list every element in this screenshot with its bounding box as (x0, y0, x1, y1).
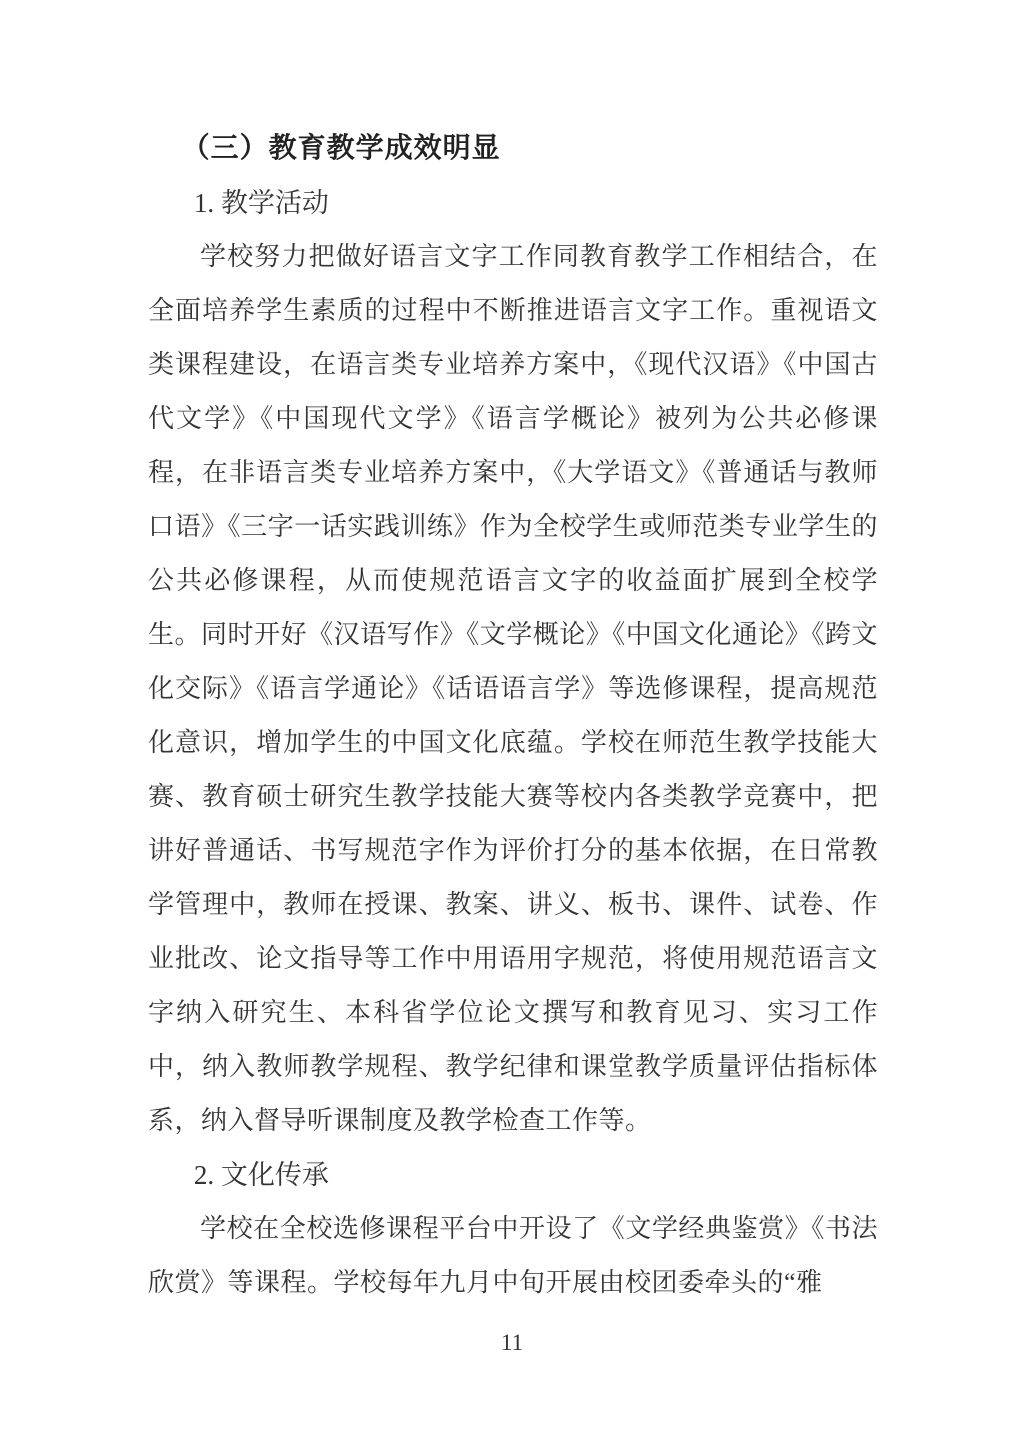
page-number: 11 (0, 1330, 1024, 1356)
paragraph: 学校在全校选修课程平台中开设了《文学经典鉴赏》《书法欣赏》等课程。学校每年九月中… (148, 1202, 878, 1310)
section-heading: （三）教育教学成效明显 (148, 122, 878, 176)
document-page: （三）教育教学成效明显 1. 教学活动 学校努力把做好语言文字工作同教育教学工作… (0, 0, 1024, 1448)
subsection-title: 1. 教学活动 (148, 176, 878, 230)
paragraph: 学校努力把做好语言文字工作同教育教学工作相结合，在全面培养学生素质的过程中不断推… (148, 230, 878, 1148)
subsection-teaching-activities: 1. 教学活动 学校努力把做好语言文字工作同教育教学工作相结合，在全面培养学生素… (148, 176, 878, 1148)
subsection-cultural-heritage: 2. 文化传承 学校在全校选修课程平台中开设了《文学经典鉴赏》《书法欣赏》等课程… (148, 1148, 878, 1310)
subsection-title: 2. 文化传承 (148, 1148, 878, 1202)
